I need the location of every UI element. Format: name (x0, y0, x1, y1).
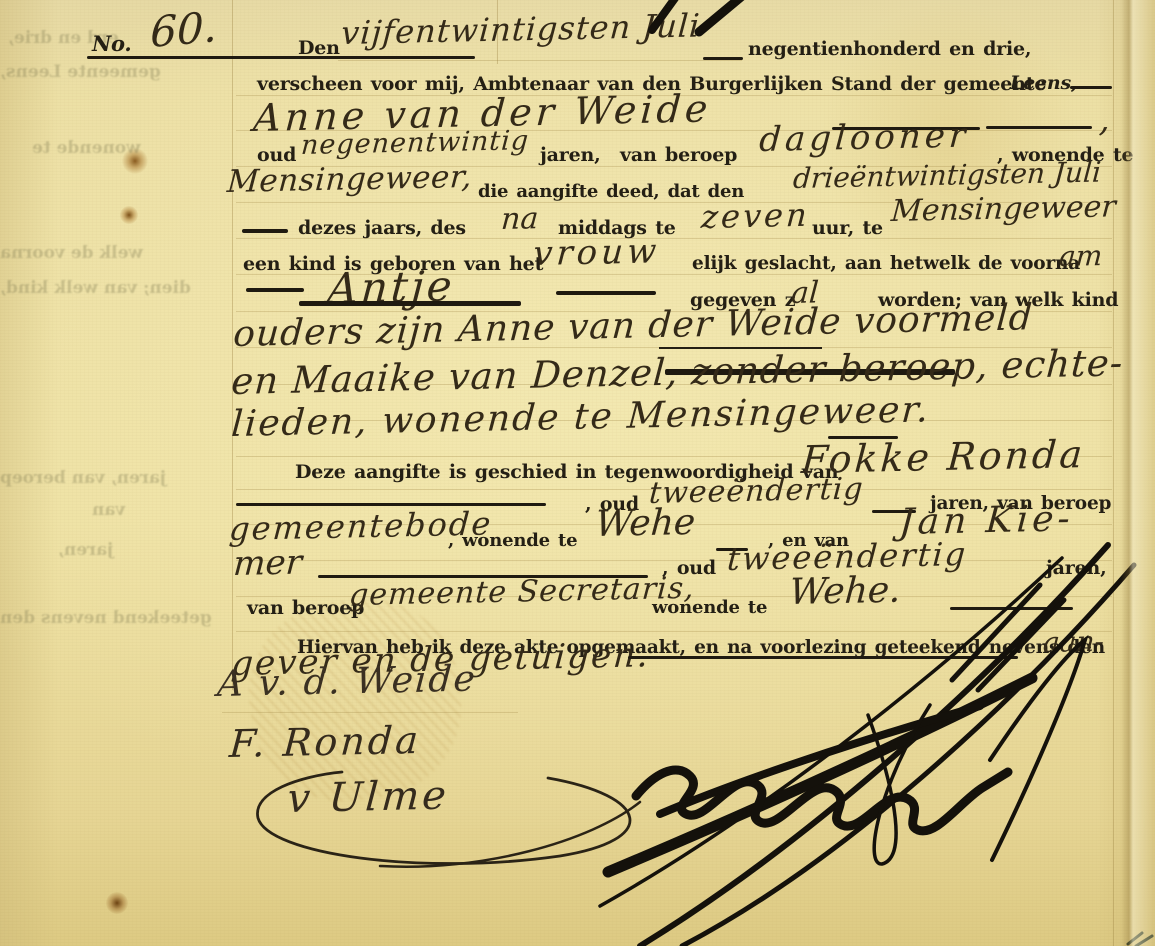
filler-dash (556, 291, 656, 295)
birth-hour: zeven (700, 196, 811, 236)
registrar-municipality: Leens, (1010, 72, 1077, 94)
page-edge-shadow (1121, 0, 1155, 946)
child-name-underline (299, 301, 521, 306)
child-sex: vrouw (532, 231, 662, 274)
printed-van-beroep: van beroep (620, 144, 737, 166)
witness2-residence: Wehe. (788, 570, 902, 613)
printed-jaren: jaren, (540, 144, 601, 166)
printed-van-beroep2: van beroep (247, 597, 364, 619)
printed-wonende-te3: wonende te (652, 597, 767, 618)
filler-dash (950, 607, 1073, 610)
printed-jaren2: jaren, (1046, 557, 1107, 579)
form-margin-line (1113, 0, 1114, 946)
daypart: na (500, 201, 540, 237)
signature-registrar (608, 640, 1085, 872)
declarant-age: negenentwintig (300, 125, 530, 161)
bleedthrough-text: gemeente Leens, (0, 62, 161, 82)
baseline-rule (338, 60, 742, 61)
bleedthrough-text: van (92, 500, 125, 520)
bleedthrough-text: jaren, (58, 540, 113, 560)
fox-stain (106, 892, 128, 914)
act-number-underline (87, 56, 475, 59)
handwritten-aan: aan- (1042, 625, 1105, 659)
blank-line (236, 503, 546, 506)
declarant-residence: Mensingeweer, (226, 159, 473, 200)
baseline-rule (222, 712, 518, 713)
corner-pen-mark (1128, 933, 1152, 946)
printed-geslacht: elijk geslacht, aan hetwelk de voorna (692, 253, 1080, 274)
bleedthrough-text: wonende te (32, 138, 141, 158)
registration-date: vijfentwintigsten Juli (340, 6, 702, 52)
birth-place: Mensingeweer (890, 189, 1117, 229)
blank-line (703, 57, 743, 60)
bleedthrough-text: geteekend nevens den (0, 608, 212, 628)
handwritten-comma: , (1098, 100, 1111, 140)
bleedthrough-text: welk de voorna (0, 243, 143, 263)
handwritten-am: am (1058, 239, 1103, 273)
signature-witness1: F. Ronda (228, 718, 422, 766)
filler-dash (242, 229, 288, 233)
filler-dash (246, 288, 304, 292)
printed-dezes-jaars: dezes jaars, des (298, 217, 466, 239)
act-number-value: 60. (150, 2, 217, 57)
birth-date: drieëntwintigsten Juli (792, 155, 1102, 195)
fox-stain (120, 206, 138, 224)
filler-dash (1070, 86, 1112, 89)
declarant-occupation: daglooner (758, 116, 971, 160)
printed-wonende-te2: , wonende te (448, 530, 577, 551)
witness2-occupation: gemeente Secretaris, (348, 571, 696, 613)
witness2-name-part2: mer (232, 542, 303, 584)
act-number-label: No. (92, 31, 132, 56)
filler-dash (628, 656, 1018, 659)
filler-dash (986, 126, 1092, 129)
bleedthrough-text: dien; van welk kind, (0, 278, 191, 298)
birth-certificate-page: erd en drie, gemeente Leens, wonende te … (0, 0, 1155, 946)
baseline-rule (236, 631, 1112, 632)
registration-year: negentienhonderd en drie, (748, 38, 1031, 60)
signature-witness2: v Ulme (286, 773, 450, 822)
printed-word-den: Den (298, 37, 340, 59)
signature-declarant: A v. d. Weide (216, 658, 478, 705)
bleedthrough-text: jaren, van beroep (0, 468, 166, 488)
witness1-residence: Wehe (594, 502, 697, 545)
printed-uur-te: uur, te (812, 217, 883, 239)
